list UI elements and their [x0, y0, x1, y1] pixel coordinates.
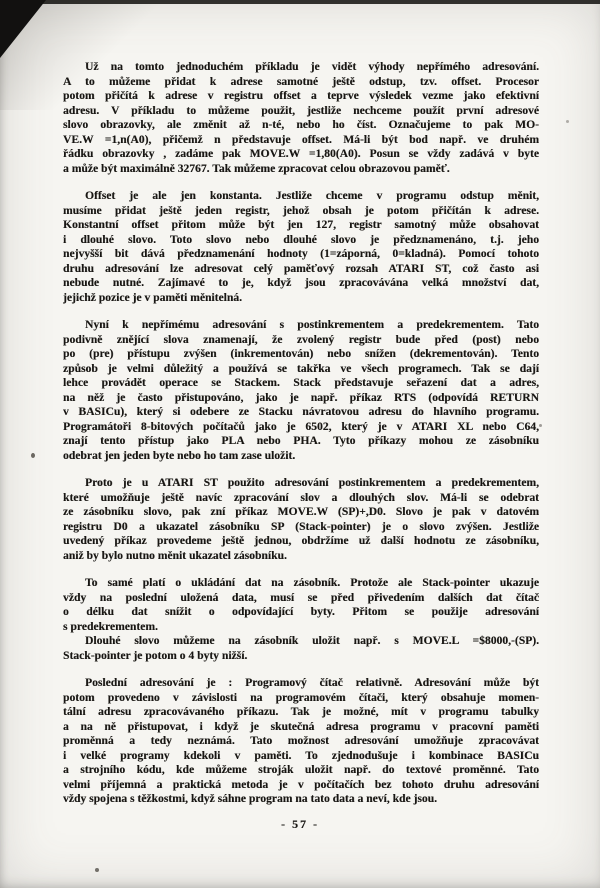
text-line: vždy na poslední uložená data, musí se p…: [63, 591, 539, 606]
text-line: a strojního kódu, kde můžeme stroják ulo…: [63, 763, 539, 778]
text-line: s predekrementem.: [63, 620, 539, 635]
paragraph: Poslední adresování je : Programový číta…: [63, 676, 539, 807]
text-line: adresu. V příkladu to můžeme použit, jes…: [63, 104, 539, 119]
scan-speck: [31, 453, 35, 458]
text-line: druhu adresování lze adresovat celý pamě…: [63, 262, 539, 277]
text-line: na něž je často přistupováno, jako je na…: [63, 391, 539, 406]
text-line: které umožňuje ještě navíc zpracování sl…: [63, 491, 539, 506]
text-line: Už na tomto jednoduchém příkladu je vidě…: [63, 60, 539, 75]
text-line: odebrat jen jeden byte nebo ho tam zase …: [63, 449, 539, 464]
text-line: musíme přidat ještě jeden registr, jehož…: [63, 204, 539, 219]
text-line: Dlouhé slovo můžeme na zásobník uložit n…: [63, 634, 539, 649]
text-line: znají tento přístup jako PLA nebo PHA. T…: [63, 434, 539, 449]
text-line: proměnná a tedy neznámá. Tato možnost ad…: [63, 734, 539, 749]
text-line: tální adresu zpracovávaného příkazu. Tak…: [63, 705, 539, 720]
paragraph: Proto je u ATARI ST použito adresování p…: [63, 476, 539, 563]
scan-speck: [539, 424, 542, 427]
text-line: podivně znějící slova znamenají, že zvol…: [63, 333, 539, 348]
paragraph: Offset je ale jen konstanta. Jestliže ch…: [63, 189, 539, 305]
text-line: Poslední adresování je : Programový číta…: [63, 676, 539, 691]
text-line: i velké programy kdekoli v paměti. To zj…: [63, 749, 539, 764]
paragraph: To samé platí o ukládání dat na zásobník…: [63, 576, 539, 634]
text-line: Konstantní offset přitom může být jen 12…: [63, 218, 539, 233]
page-text: Už na tomto jednoduchém příkladu je vidě…: [63, 60, 539, 807]
text-line: v BASICu), který si odebere ze Stacku ná…: [63, 405, 539, 420]
text-line: A to můžeme přidat k adrese samotné ješt…: [63, 75, 539, 90]
scan-corner-artifact: [0, 0, 46, 58]
text-line: nejvyšší bit dává předznamenání hodnoty …: [63, 247, 539, 262]
text-line: uvedený příkaz provedeme ještě jednou, o…: [63, 534, 539, 549]
text-line: aniž by bylo nutno měnit ukazatel zásobn…: [63, 549, 539, 564]
paragraph: Nyní k nepřímému adresování s postinkrem…: [63, 318, 539, 463]
text-line: Proto je u ATARI ST použito adresování p…: [63, 476, 539, 491]
scan-edge-strip: [0, 0, 600, 4]
scan-speck: [95, 868, 99, 872]
text-line: vždy spojena s těžkostmi, když sáhne pro…: [63, 792, 539, 807]
paragraph: Už na tomto jednoduchém příkladu je vidě…: [63, 60, 539, 176]
text-line: VE.W =1,n(A0), přičemž n představuje off…: [63, 133, 539, 148]
document-page: Už na tomto jednoduchém příkladu je vidě…: [0, 0, 600, 888]
text-line: To samé platí o ukládání dat na zásobník…: [63, 576, 539, 591]
text-line: slovo obrazovky, ale změnit až n-té, neb…: [63, 118, 539, 133]
text-line: ze zásobníku slovo, pak zní příkaz MOVE.…: [63, 505, 539, 520]
text-line: i dlouhé slovo. Toto slovo nebo dlouhé s…: [63, 233, 539, 248]
text-line: Programátoři 8-bitových počítačů jako je…: [63, 420, 539, 435]
text-line: velmi příjemná a praktická metoda je v p…: [63, 778, 539, 793]
text-line: po (pre) přístupu zvýšen (inkrementován)…: [63, 347, 539, 362]
text-line: o délku dat snížit o odpovídající byty. …: [63, 605, 539, 620]
scan-speck: [566, 120, 569, 123]
text-line: potom provedeno v závislosti na programo…: [63, 691, 539, 706]
text-line: lehce provádět operace se Stackem. Stack…: [63, 376, 539, 391]
text-line: registru D0 a ukazatel zásobníku SP (Sta…: [63, 520, 539, 535]
text-line: řádku obrazovky , zadáme pak MOVE.W =1,8…: [63, 147, 539, 162]
text-line: jejichž pozice je v paměti měnitelná.: [63, 291, 539, 306]
text-line: potom přičítá k adrese v registru offset…: [63, 89, 539, 104]
text-line: Offset je ale jen konstanta. Jestliže ch…: [63, 189, 539, 204]
text-line: a může být maximálně 32767. Tak můžeme z…: [63, 162, 539, 177]
text-line: Nyní k nepřímému adresování s postinkrem…: [63, 318, 539, 333]
text-line: způsob je velmi důležitý a používá se ta…: [63, 362, 539, 377]
paragraph: Dlouhé slovo můžeme na zásobník uložit n…: [63, 634, 539, 663]
text-line: Stack-pointer je potom o 4 byty nižší.: [63, 649, 539, 664]
text-line: a na ně přistupovat, i když je skutečná …: [63, 720, 539, 735]
page-number: - 57 -: [0, 817, 600, 832]
text-line: nebude nutné. Zajímavé to je, když jsou …: [63, 276, 539, 291]
